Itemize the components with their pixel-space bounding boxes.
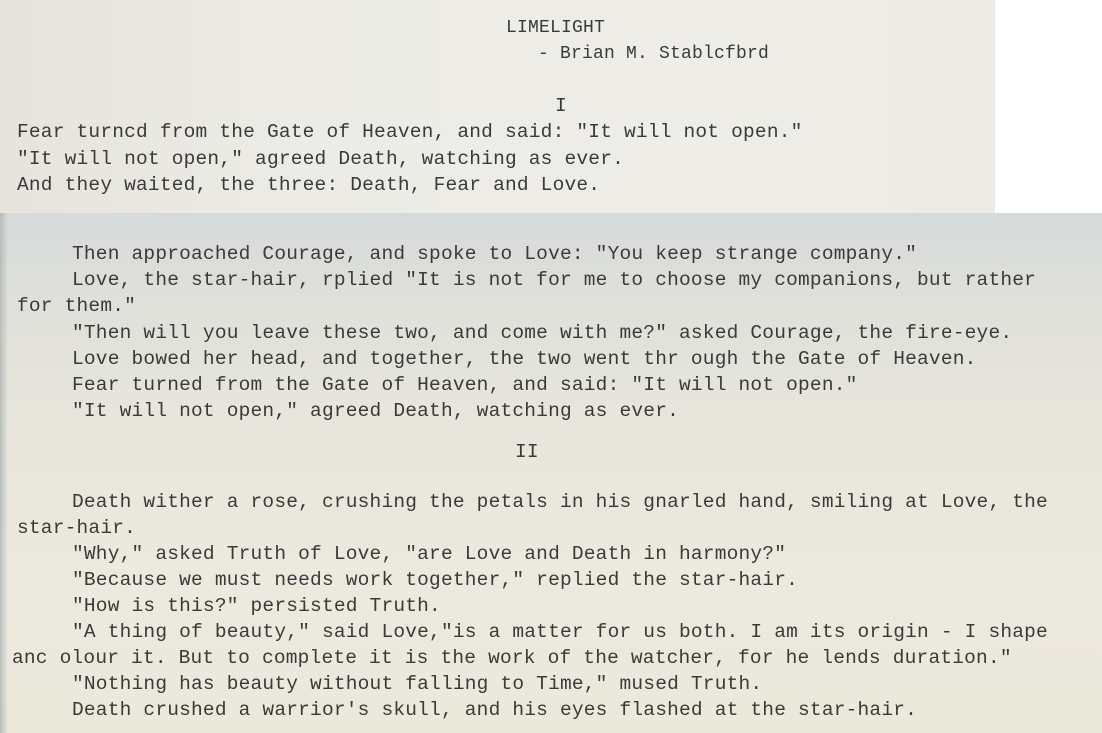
paragraph-line: Fear turned from the Gate of Heaven, and… (72, 373, 858, 397)
paragraph-line: And they waited, the three: Death, Fear … (17, 173, 600, 197)
paragraph-line: "Why," asked Truth of Love, "are Love an… (72, 542, 786, 566)
paragraph-line: "It will not open," agreed Death, watchi… (17, 147, 624, 171)
paragraph-line: star-hair. (17, 516, 136, 540)
story-author: - Brian M. Stablcfbrd (538, 42, 769, 66)
paragraph-line: Love bowed her head, and together, the t… (72, 347, 977, 371)
paragraph-line: "How is this?" persisted Truth. (72, 594, 441, 618)
section-one-heading: I (555, 94, 567, 118)
paragraph-line: Death wither a rose, crushing the petals… (72, 490, 1048, 514)
paragraph-line: "A thing of beauty," said Love,"is a mat… (72, 620, 1048, 644)
paragraph-line: Death crushed a warrior's skull, and his… (72, 698, 917, 722)
section-two-heading: II (515, 440, 539, 464)
story-title: LIMELIGHT (506, 16, 605, 40)
paragraph-line: "It will not open," agreed Death, watchi… (72, 399, 679, 423)
paragraph-line: "Because we must needs work together," r… (72, 568, 798, 592)
paragraph-line: Fear turncd from the Gate of Heaven, and… (17, 120, 803, 144)
paragraph-line: "Nothing has beauty without falling to T… (72, 672, 762, 696)
lower-page-scan: Then approached Courage, and spoke to Lo… (0, 213, 1102, 733)
paragraph-line: anc olour it. But to complete it is the … (12, 646, 1012, 670)
paragraph-line: Love, the star-hair, rplied "It is not f… (72, 268, 1036, 292)
paragraph-line: for them." (17, 294, 136, 318)
paragraph-line: "Then will you leave these two, and come… (72, 321, 1012, 345)
paragraph-line: Then approached Courage, and spoke to Lo… (72, 242, 917, 266)
scanned-typescript: LIMELIGHT - Brian M. Stablcfbrd I Fear t… (0, 0, 1102, 733)
upper-page-scan: LIMELIGHT - Brian M. Stablcfbrd I Fear t… (0, 0, 995, 213)
